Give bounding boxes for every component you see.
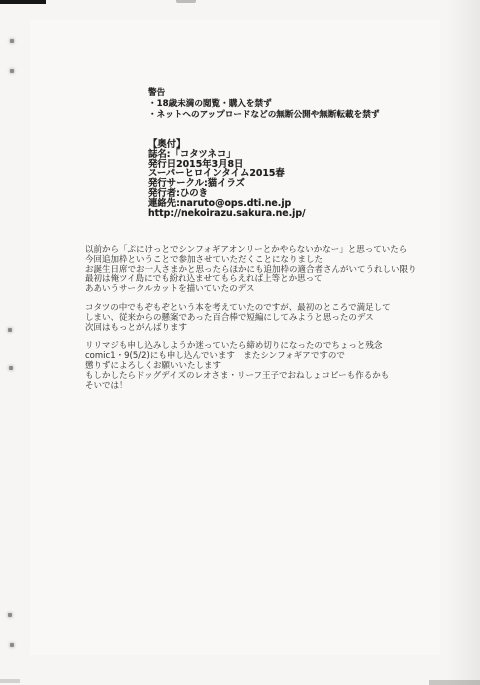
warning-heading: 警告 — [148, 88, 379, 99]
afterword-line: 次回はもっとがんばります — [85, 324, 417, 334]
afterword-paragraph-2: コタツの中でもぞもぞという本を考えていたのですが、最初のところで満足して しまい… — [85, 304, 417, 333]
afterword-line: ああいうサークルカットを描いていたのデス — [85, 285, 417, 295]
scan-speck-4 — [9, 366, 13, 370]
afterword-line: もしかしたらドッグデイズのレオさま・リーフ王子でおねしょコピーも作るかも — [85, 372, 417, 382]
afterword-block: 以前から「ぷにけっとでシンフォギアオンリーとかやらないかなー」と思っていたら 今… — [85, 246, 417, 400]
colophon-block: 【奥付】 誌名:「コタツネコ」 発行日2015年3月8日 スーパーヒロインタイム… — [148, 140, 306, 218]
afterword-line: そいでは！ — [85, 382, 417, 392]
scan-speck-3 — [8, 328, 12, 332]
scan-speck-1 — [10, 39, 14, 43]
scan-speck-6 — [10, 643, 14, 647]
scan-speck-2 — [10, 69, 14, 73]
scan-speck-5 — [8, 613, 12, 617]
colophon-website-url: http://nekoirazu.sakura.ne.jp/ — [148, 209, 306, 219]
scan-smudge-top — [176, 0, 196, 3]
afterword-paragraph-3: リリマジも申し込みしようか迷っていたら締め切りになったのでちょっと残念 comi… — [85, 342, 417, 391]
afterword-paragraph-1: 以前から「ぷにけっとでシンフォギアオンリーとかやらないかなー」と思っていたら 今… — [85, 246, 417, 295]
scan-bar-bottom-right — [429, 680, 480, 685]
warning-block: 警告 ・18歳未満の閲覧・購入を禁ず ・ネットへのアップロードなどの無断公開や無… — [148, 88, 379, 121]
warning-rule-age: ・18歳未満の閲覧・購入を禁ず — [148, 99, 379, 110]
scanned-page: 警告 ・18歳未満の閲覧・購入を禁ず ・ネットへのアップロードなどの無断公開や無… — [0, 0, 480, 685]
warning-rule-upload: ・ネットへのアップロードなどの無断公開や無断転載を禁ず — [148, 110, 379, 121]
scan-edge-bar-top-left — [0, 0, 46, 4]
scan-smudge-bottom-left — [0, 679, 20, 683]
